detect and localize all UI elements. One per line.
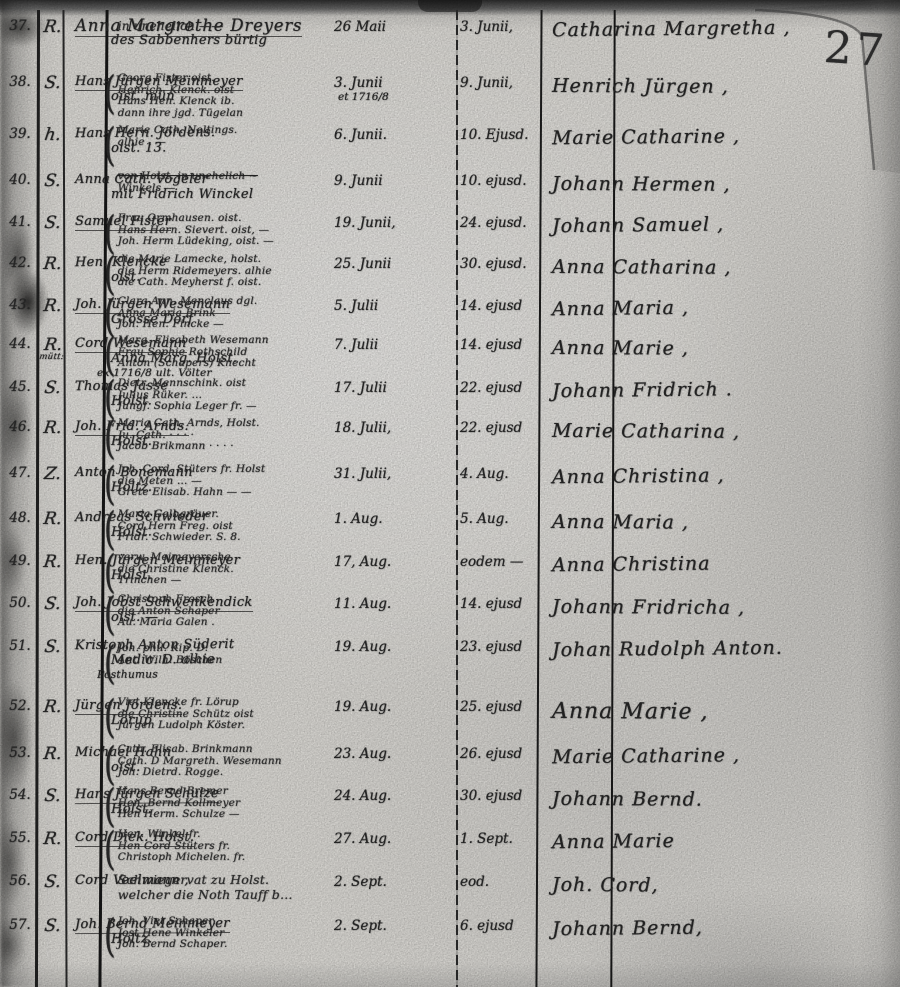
child-name: Anna Christina [538, 549, 613, 577]
table-row: 50. S. Joh. Jobst Schwenkendickoist. — (… [0, 591, 900, 634]
parents-names: Joh. Jürgen WesemannGrosse Dorf [66, 293, 104, 327]
entry-number: 43. [0, 293, 40, 313]
parents-names: Samuel Fister [66, 210, 104, 229]
register-page: 27 37. R. Anna Margrethe Dreyersdes Sabb… [0, 0, 900, 987]
baptism-date: 23. ejusd [456, 634, 538, 655]
table-row: 47. Z. Anton BonemannHoltz. (Joh. Cord. … [0, 461, 900, 506]
parents-names: Anton BonemannHoltz. [66, 461, 104, 495]
child-name: Anna Maria , [538, 293, 613, 321]
baptism-date: 30. ejusd [456, 783, 538, 804]
table-row: 53. R. Michael Hahnoist. (Cath. Elisab. … [0, 741, 900, 783]
parents-names: Joh. Jobst Schwenkendickoist. — [66, 591, 104, 625]
table-row: 52. R. Jürgen Jördens.Lörup (Viet Klenck… [0, 694, 900, 741]
table-row: 46. R. Joh. Frid. Arnds.Holst. (Maria Ca… [0, 415, 900, 461]
baptism-date: 25. ejusd [456, 694, 538, 715]
table-row: 38. S. Hans Jürgen Meinmeyeroist. mün (G… [0, 70, 900, 122]
brace-glyph: ( [104, 828, 116, 881]
entry-number: 39. [0, 122, 40, 142]
entry-mark: S. [38, 210, 67, 233]
brace-glyph: ( [104, 124, 116, 169]
entry-mark: S. [38, 634, 67, 657]
entry-mark: R. [38, 251, 67, 274]
birth-date: 26 Maii [328, 14, 456, 35]
table-row: 44. R.mütt: Cord WesemannAnna Marg. Hols… [0, 332, 900, 375]
entry-number: 56. [0, 869, 40, 889]
witnesses-list: (verw. Meimeyerschedie Christine Klenck.… [104, 549, 328, 587]
entries: 37. R. Anna Margrethe Dreyersdes Sabbenh… [0, 14, 900, 965]
baptism-date: 30. ejusd. [456, 251, 538, 272]
birth-date: 17, Aug. [328, 549, 456, 570]
entry-mark: S. [38, 168, 67, 191]
entry-mark: R. [38, 14, 67, 37]
entry-number: 48. [0, 506, 40, 526]
baptism-date: 3. Junii, [456, 14, 538, 35]
entry-number: 55. [0, 826, 40, 846]
parents-names: Anna Cath. Vogelermit Fridrich Winckel [66, 168, 104, 202]
table-row: 56. S. Cord Veelmann , (Schwiegervat zu … [0, 869, 900, 913]
baptism-date: 10. Ejusd. [456, 122, 538, 143]
child-name: Anna Christina , [538, 461, 613, 489]
child-name: Johann Hermen , [538, 168, 613, 195]
witnesses-list: (Marg. Elisabeth WesemannFrau Sophie Rot… [104, 332, 328, 370]
birth-date: 19. Aug. [328, 634, 456, 655]
entry-mark: R. [38, 549, 67, 572]
child-name: Johann Fridrich . [538, 375, 613, 403]
entry-number: 42. [0, 251, 40, 271]
baptism-date: 14. ejusd [456, 591, 538, 612]
table-row: 49. R. Hen. Jürgen MeinmeyerHolst. (verw… [0, 549, 900, 591]
birth-date: 3. Juniiet 1716/8 [328, 70, 456, 103]
entry-mark: R. [38, 506, 67, 529]
parents-names: Thomas JasseHolst. [66, 375, 104, 409]
baptism-date: 14. ejusd [456, 332, 538, 353]
baptism-date: eod. [456, 869, 538, 890]
witnesses-list: (Viet Klencke fr. Lörupdie Christine Sch… [104, 694, 328, 732]
entry-number: 37. [0, 14, 40, 34]
entry-mark: S. [38, 913, 67, 936]
entry-number: 41. [0, 210, 40, 230]
parents-names: Michael Hahnoist. [66, 741, 104, 775]
birth-date: 23. Aug. [328, 741, 456, 762]
entry-mark: R. [38, 293, 67, 316]
entry-mark: S. [38, 869, 67, 892]
parents-names: Hans Hern. Jördens.oist. 13. [66, 122, 104, 156]
entry-mark: S. [38, 783, 67, 806]
parents-names: Hans Jürgen Meinmeyeroist. mün [66, 70, 104, 104]
baptism-date: eodem — [456, 549, 538, 570]
child-name: Marie Catharine , [538, 122, 613, 150]
entry-mark-note: mütt: [38, 352, 65, 362]
entry-number: 50. [0, 591, 40, 611]
baptism-date: 4. Aug. [456, 461, 538, 482]
parents-names: Cord WesemannAnna Marg. Holst.ex 1716/8 … [66, 332, 104, 381]
child-name: Anna Marie [538, 826, 613, 854]
witnesses-list: (Joh. Cord. Stüters fr. Holstdie Meten …… [104, 461, 328, 499]
parents-names: Hen. Jürgen MeinmeyerHolst. [66, 549, 104, 583]
entry-number: 57. [0, 913, 40, 933]
entry-mark: R. [38, 741, 67, 764]
witnesses-list: (Schwiegervat zu Holst.welcher die Noth … [104, 869, 328, 902]
entry-number: 53. [0, 741, 40, 761]
table-row: 54. S. Hans Jürgen SchulzeHolst. (Hans B… [0, 783, 900, 826]
entry-number: 52. [0, 694, 40, 714]
entry-number: 51. [0, 634, 40, 654]
child-name: Anna Marie , [538, 694, 613, 724]
entry-mark: R. [38, 826, 67, 849]
baptism-date: 24. ejusd. [456, 210, 538, 231]
birth-date: 6. Junii. [328, 122, 456, 143]
table-row: 51. S. Kristoph Anton SüderitMedic. D. a… [0, 634, 900, 694]
witnesses-list: (in unehelich —— [104, 14, 328, 50]
parents-names: Cord Diek. Holst. [66, 826, 104, 845]
parents-names: Hans Jürgen SchulzeHolst. [66, 783, 104, 817]
child-name: Catharina Margretha , [538, 14, 613, 42]
witnesses-list: (von Holst. in unehelich ~Winkels — [104, 168, 328, 200]
table-row: 40. S. Anna Cath. Vogelermit Fridrich Wi… [0, 168, 900, 210]
birth-date: 25. Junii [328, 251, 456, 272]
child-name: Henrich Jürgen , [538, 70, 613, 97]
page-number: 27 [822, 22, 889, 77]
parents-names: Hen. Klenckeoist. [66, 251, 104, 285]
birth-date: 5. Julii [328, 293, 456, 314]
baptism-date: 1. Sept. [456, 826, 538, 847]
table-row: 57. S. Joh. Bernd MeinmeyerHoltz. (Joh. … [0, 913, 900, 965]
table-row: 39. h. Hans Hern. Jördens.oist. 13. (Mar… [0, 122, 900, 168]
brace-glyph: ( [104, 642, 116, 687]
child-name: Anna Maria , [538, 506, 613, 533]
witnesses-list: (Hen. Winkel fr.Hen Cord Stüters fr.Chri… [104, 826, 328, 864]
parents-names: Andreas SchwiederHolst. [66, 506, 104, 540]
baptism-date: 6. ejusd [456, 913, 538, 934]
child-name: Marie Catharina , [538, 415, 613, 442]
table-row: 37. R. Anna Margrethe Dreyersdes Sabbenh… [0, 14, 900, 70]
birth-date: 7. Julii [328, 332, 456, 353]
entry-mark: Z. [38, 461, 67, 484]
child-name: Johann Bernd. [538, 783, 613, 810]
child-name: Johann Bernd, [538, 913, 613, 941]
witnesses-list: (Georg Fister oist.Henrich. Klenck. oist… [104, 70, 328, 119]
table-row: 45. S. Thomas JasseHolst. (Dietr. Mennsc… [0, 375, 900, 415]
child-name: Anna Catharina , [538, 251, 613, 278]
witnesses-list: (Clara Ann. Menclaus dgl.Anna Maria Brin… [104, 293, 328, 331]
birth-date: 19. Aug. [328, 694, 456, 715]
table-row: 55. R. Cord Diek. Holst. (Hen. Winkel fr… [0, 826, 900, 869]
witnesses-list: (Christoph Froschdie Anton SchaperAu. Ma… [104, 591, 328, 629]
entry-number: 45. [0, 375, 40, 395]
brace-glyph: ( [104, 915, 116, 968]
child-name: Anna Marie , [538, 332, 613, 359]
entry-number: 49. [0, 549, 40, 569]
entry-number: 47. [0, 461, 40, 481]
entry-mark: h. [38, 122, 67, 145]
table-row: 48. R. Andreas SchwiederHolst. (Maria Ge… [0, 506, 900, 549]
child-name: Marie Catharine , [538, 741, 613, 769]
birth-date: 27. Aug. [328, 826, 456, 847]
entry-mark: R. [38, 415, 67, 438]
baptism-date: 9. Junii, [456, 70, 538, 91]
scan-nick [418, 0, 482, 12]
child-name: Johan Rudolph Anton. [538, 634, 613, 662]
entry-mark: R. [38, 694, 67, 717]
birth-date: 9. Junii [328, 168, 456, 189]
table-row: 41. S. Samuel Fister (Frau Ormhausen. oi… [0, 210, 900, 251]
parents-names: Cord Veelmann , [66, 869, 104, 888]
witnesses-list: (Cath. Elisab. BrinkmannCath. D Margreth… [104, 741, 328, 779]
entry-mark: S. [38, 375, 67, 398]
witnesses-list: (Maria Cath. Arnds, Holst.Ju. Cath. · · … [104, 415, 328, 453]
entry-number: 54. [0, 783, 40, 803]
entry-mark: R.mütt: [38, 332, 68, 362]
child-name: Joh. Cord, [538, 869, 613, 896]
birth-date: 24. Aug. [328, 783, 456, 804]
table-row: 42. R. Hen. Klenckeoist. (die Marie Lame… [0, 251, 900, 293]
parents-names: Kristoph Anton SüderitMedic. D. alhiePos… [66, 634, 104, 683]
baptism-date: 22. ejusd [456, 415, 538, 436]
entry-mark: S. [38, 70, 67, 93]
entry-mark: S. [38, 591, 67, 614]
entry-number: 40. [0, 168, 40, 188]
baptism-date: 14. ejusd [456, 293, 538, 314]
baptism-date: 5. Aug. [456, 506, 538, 527]
parents-names: Anna Margrethe Dreyersdes Sabbenhers bür… [66, 14, 104, 48]
birth-date: 18. Julii, [328, 415, 456, 436]
entry-number: 38. [0, 70, 40, 90]
birth-date: 2. Sept. [328, 869, 456, 890]
birth-date: 1. Aug. [328, 506, 456, 527]
entry-number: 44. [0, 332, 40, 352]
birth-date-note: et 1716/8 [334, 91, 456, 103]
birth-date: 11. Aug. [328, 591, 456, 612]
birth-date: 19. Junii, [328, 210, 456, 231]
child-name: Johann Fridricha , [538, 591, 613, 618]
birth-date: 17. Julii [328, 375, 456, 396]
baptism-date: 22. ejusd [456, 375, 538, 396]
witnesses-list: (Frau Ormhausen. oist.Hans Hern. Sievert… [104, 210, 328, 248]
parents-names: Jürgen Jördens.Lörup [66, 694, 104, 728]
baptism-date: 26. ejusd [456, 741, 538, 762]
birth-date: 31. Julii, [328, 461, 456, 482]
birth-date: 2. Sept. [328, 913, 456, 934]
baptism-date: 10. ejusd. [456, 168, 538, 189]
parents-names: Joh. Bernd MeinmeyerHoltz. [66, 913, 104, 947]
table-row: 43. R. Joh. Jürgen WesemannGrosse Dorf (… [0, 293, 900, 332]
child-name: Johann Samuel , [538, 210, 613, 238]
parents-names: Joh. Frid. Arnds.Holst. [66, 415, 104, 449]
entry-number: 46. [0, 415, 40, 435]
